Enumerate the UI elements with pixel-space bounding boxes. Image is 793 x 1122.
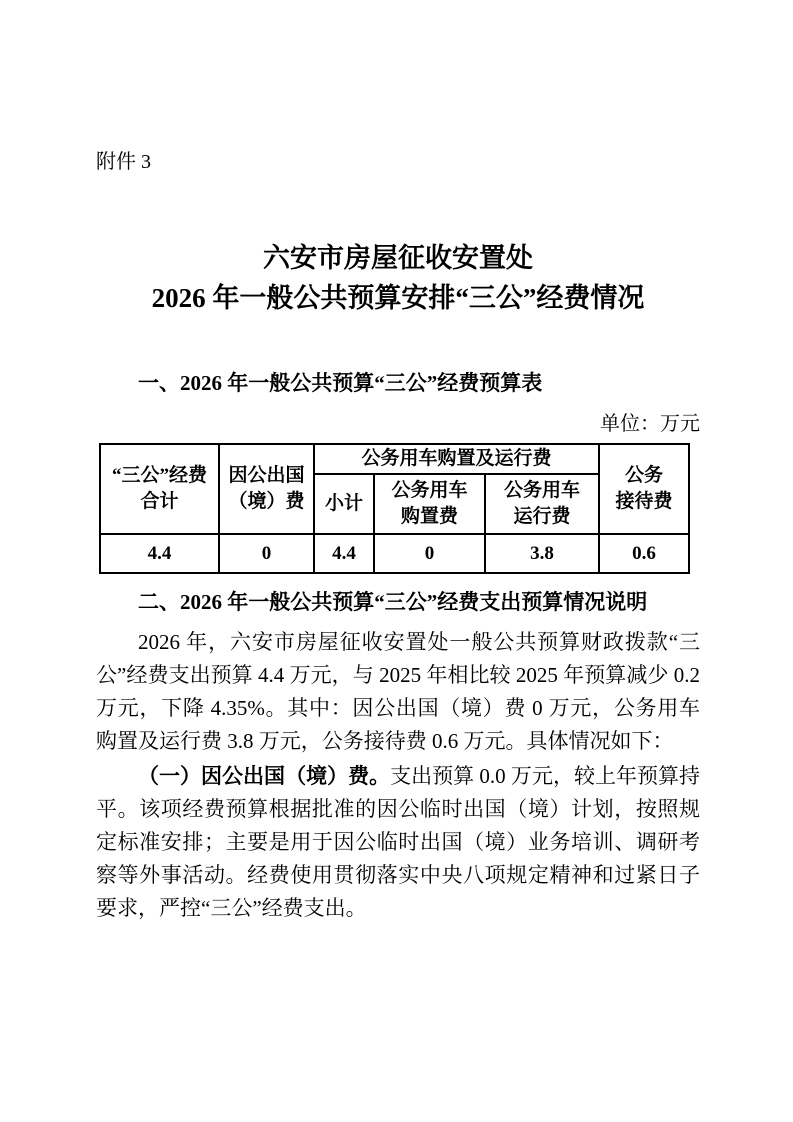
table-data-row: 4.4 0 4.4 0 3.8 0.6 bbox=[100, 534, 689, 573]
value-operation: 3.8 bbox=[485, 534, 599, 573]
section2-heading: 二、2026 年一般公共预算“三公”经费支出预算情况说明 bbox=[96, 587, 700, 617]
col-header-operation: 公务用车 运行费 bbox=[485, 474, 599, 534]
col-header-abroad: 因公出国 （境）费 bbox=[219, 444, 314, 534]
paragraph-abroad-lead: （一）因公出国（境）费。 bbox=[138, 764, 390, 788]
attachment-label: 附件 3 bbox=[96, 148, 700, 176]
document-title-line1: 六安市房屋征收安置处 bbox=[96, 238, 700, 278]
document-title-line2: 2026 年一般公共预算安排“三公”经费情况 bbox=[96, 278, 700, 318]
col-header-subtotal: 小计 bbox=[314, 474, 374, 534]
paragraph-overview: 2026 年，六安市房屋征收安置处一般公共预算财政拨款“三公”经费支出预算 4.… bbox=[96, 626, 700, 758]
table-header-row-1: “三公”经费 合计 因公出国 （境）费 公务用车购置及运行费 公务 接待费 bbox=[100, 444, 689, 474]
col-header-reception: 公务 接待费 bbox=[599, 444, 689, 534]
col-header-total: “三公”经费 合计 bbox=[100, 444, 219, 534]
budget-table: “三公”经费 合计 因公出国 （境）费 公务用车购置及运行费 公务 接待费 小计… bbox=[99, 443, 690, 574]
value-purchase: 0 bbox=[374, 534, 485, 573]
value-abroad: 0 bbox=[219, 534, 314, 573]
value-reception: 0.6 bbox=[599, 534, 689, 573]
section1-heading: 一、2026 年一般公共预算“三公”经费预算表 bbox=[96, 368, 700, 398]
value-total: 4.4 bbox=[100, 534, 219, 573]
paragraph-abroad-expense: （一）因公出国（境）费。支出预算 0.0 万元，较上年预算持平。该项经费预算根据… bbox=[96, 760, 700, 925]
page-content: 附件 3 六安市房屋征收安置处 2026 年一般公共预算安排“三公”经费情况 一… bbox=[0, 0, 793, 925]
document-title: 六安市房屋征收安置处 2026 年一般公共预算安排“三公”经费情况 bbox=[96, 238, 700, 318]
col-group-header-vehicle: 公务用车购置及运行费 bbox=[314, 444, 599, 474]
value-subtotal: 4.4 bbox=[314, 534, 374, 573]
col-header-purchase: 公务用车 购置费 bbox=[374, 474, 485, 534]
unit-note: 单位：万元 bbox=[96, 410, 700, 438]
document-page: 附件 3 六安市房屋征收安置处 2026 年一般公共预算安排“三公”经费情况 一… bbox=[0, 0, 793, 1122]
